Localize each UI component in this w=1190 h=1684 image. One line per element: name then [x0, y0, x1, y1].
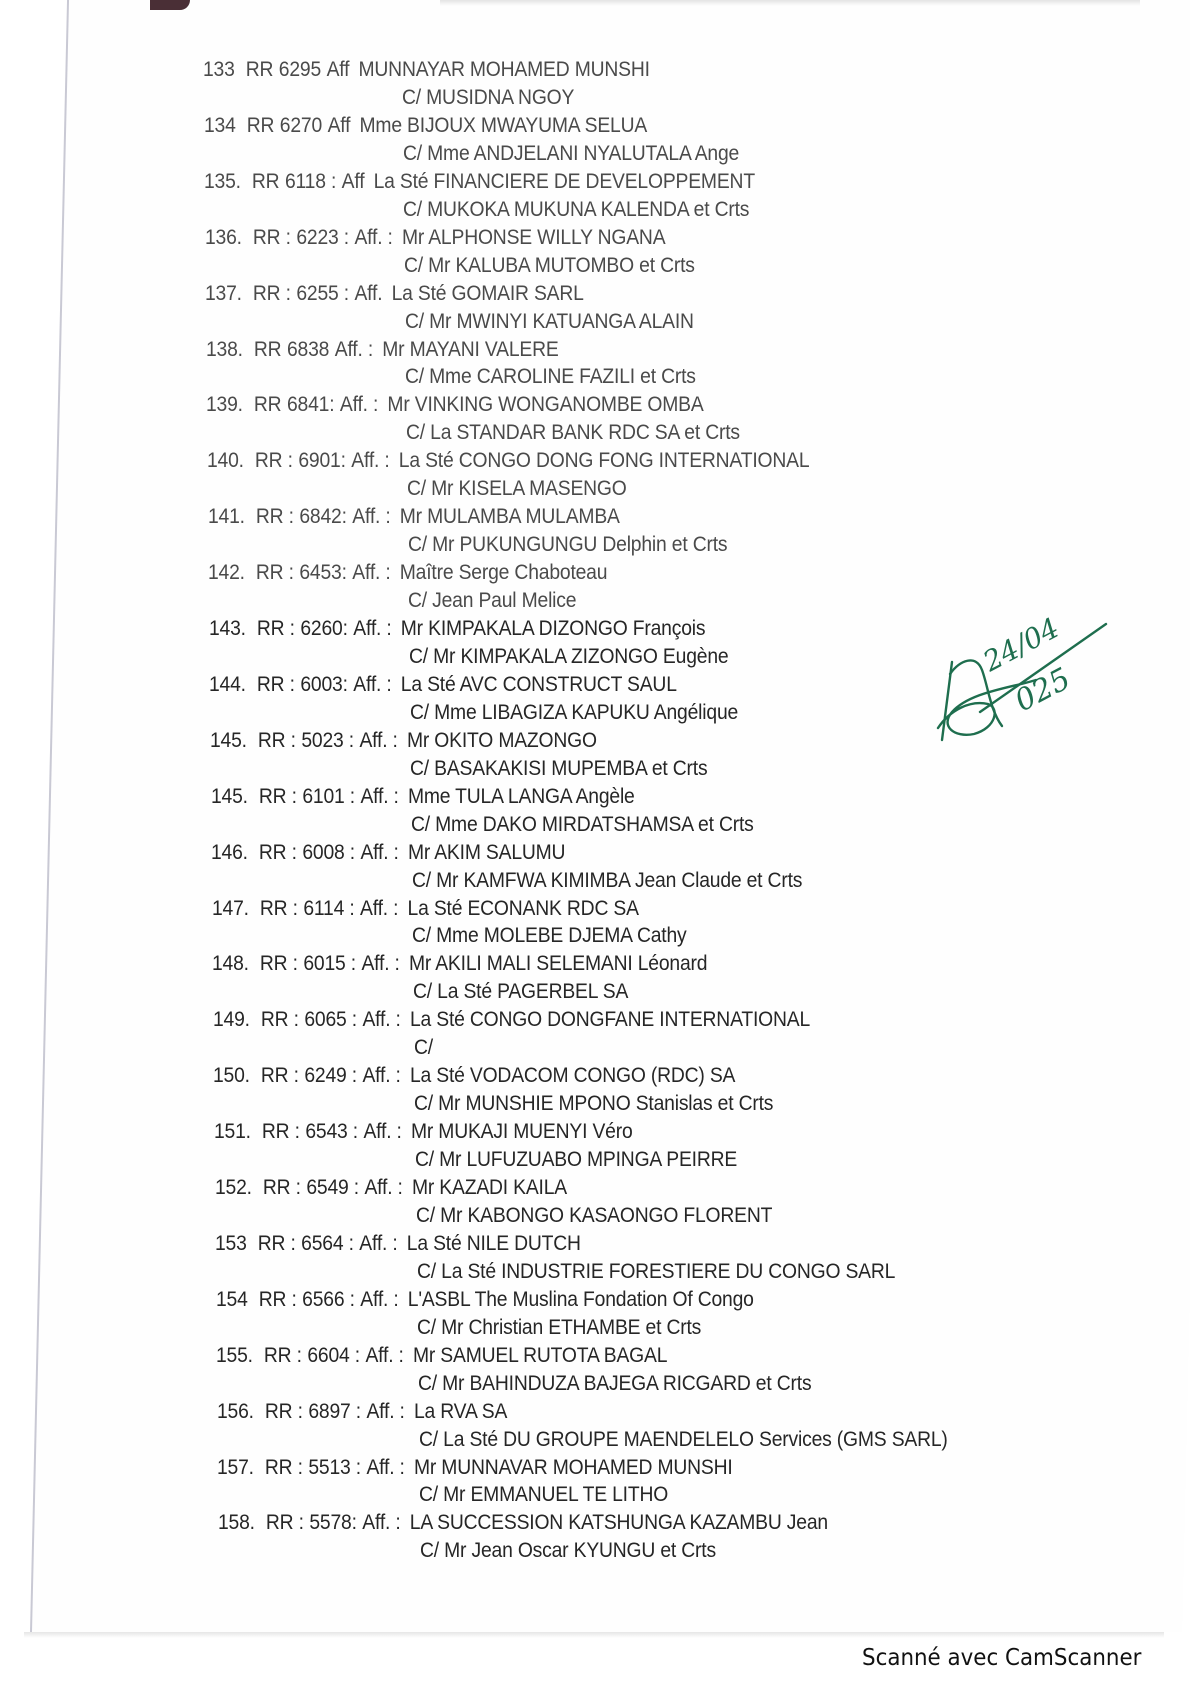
- case-entry-line: 134RR6270AffMme BIJOUX MWAYUMA SELUA: [204, 114, 647, 138]
- affaire-label: Aff.: [355, 282, 383, 306]
- affaire-label: Aff. :: [366, 1344, 404, 1368]
- case-number: 145.: [210, 729, 247, 753]
- scanned-page: 133RR6295AffMUNNAYAR MOHAMED MUNSHIC/ MU…: [0, 0, 1190, 1684]
- case-list: 133RR6295AffMUNNAYAR MOHAMED MUNSHIC/ MU…: [0, 0, 1190, 1600]
- case-number: 142.: [208, 561, 245, 585]
- register-ref: 6255 :: [297, 282, 350, 306]
- register-code: RR :: [257, 617, 295, 641]
- register-ref: 6564 :: [301, 1232, 354, 1256]
- affaire-label: Aff. :: [362, 1008, 400, 1032]
- register-code: RR :: [259, 841, 297, 865]
- defendant-name: C/ Mr KABONGO KASAONGO FLORENT: [416, 1204, 772, 1228]
- case-number: 135.: [204, 170, 241, 194]
- case-entry-line: 149.RR :6065 :Aff. :La Sté CONGO DONGFAN…: [213, 1008, 810, 1032]
- case-number: 152.: [215, 1176, 252, 1200]
- affaire-label: Aff. :: [352, 561, 390, 585]
- defendant-name: C/ Mr KISELA MASENGO: [407, 477, 627, 501]
- register-ref: 6223 :: [296, 226, 349, 250]
- register-code: RR :: [256, 561, 294, 585]
- case-number: 141.: [208, 505, 245, 529]
- register-code: RR: [254, 338, 282, 362]
- case-entry-line: 147.RR :6114 :Aff. :La Sté ECONANK RDC S…: [212, 897, 639, 921]
- defendant-name: C/ La Sté PAGERBEL SA: [413, 980, 628, 1004]
- case-entry-line: 141.RR :6842:Aff. :Mr MULAMBA MULAMBA: [208, 505, 620, 529]
- plaintiff-name: La Sté ECONANK RDC SA: [407, 897, 638, 921]
- register-ref: 6003:: [301, 673, 348, 697]
- register-ref: 6249 :: [305, 1064, 358, 1088]
- register-code: RR :: [255, 449, 293, 473]
- affaire-label: Aff. :: [340, 393, 378, 417]
- case-entry-line: 138.RR6838Aff. :Mr MAYANI VALERE: [206, 338, 559, 362]
- plaintiff-name: La Sté NILE DUTCH: [407, 1232, 581, 1256]
- case-entry-line: 142.RR :6453:Aff. :Maître Serge Chabotea…: [208, 561, 607, 585]
- register-code: RR :: [265, 1400, 303, 1424]
- case-entry-line: 153RR :6564 :Aff. :La Sté NILE DUTCH: [215, 1232, 581, 1256]
- register-code: RR :: [258, 1288, 296, 1312]
- case-entry-line: 143.RR :6260:Aff. :Mr KIMPAKALA DIZONGO …: [209, 617, 705, 641]
- plaintiff-name: Mr OKITO MAZONGO: [407, 729, 597, 753]
- register-ref: 6549 :: [306, 1176, 359, 1200]
- plaintiff-name: Mr MAYANI VALERE: [382, 338, 558, 362]
- register-ref: 6604 :: [308, 1344, 361, 1368]
- case-entry-line: 135.RR6118 :AffLa Sté FINANCIERE DE DEVE…: [204, 170, 755, 194]
- case-number: 133: [203, 58, 235, 82]
- affaire-label: Aff. :: [362, 1511, 400, 1535]
- register-code: RR :: [253, 226, 291, 250]
- register-code: RR :: [258, 785, 296, 809]
- case-number: 148.: [212, 952, 249, 976]
- plaintiff-name: La Sté GOMAIR SARL: [392, 282, 584, 306]
- affaire-label: Aff. :: [352, 505, 390, 529]
- case-number: 134: [204, 114, 236, 138]
- plaintiff-name: Mr KAZADI KAILA: [411, 1176, 566, 1200]
- case-entry-line: 133RR6295AffMUNNAYAR MOHAMED MUNSHI: [203, 58, 650, 82]
- case-number: 155.: [216, 1344, 253, 1368]
- register-code: RR: [246, 58, 274, 82]
- svg-text:025: 025: [1009, 661, 1076, 719]
- case-number: 147.: [212, 897, 249, 921]
- defendant-name: C/ Mr PUKUNGUNGU Delphin et Crts: [408, 533, 727, 557]
- case-number: 154: [216, 1288, 248, 1312]
- plaintiff-name: Mr SAMUEL RUTOTA BAGAL: [413, 1344, 667, 1368]
- register-ref: 6260:: [300, 617, 347, 641]
- case-entry-line: 145.RR :6101 :Aff. :Mme TULA LANGA Angèl…: [211, 785, 635, 809]
- plaintiff-name: Mme BIJOUX MWAYUMA SELUA: [359, 114, 647, 138]
- affaire-label: Aff. :: [361, 841, 399, 865]
- plaintiff-name: Mr AKIM SALUMU: [408, 841, 565, 865]
- plaintiff-name: Mme TULA LANGA Angèle: [407, 785, 634, 809]
- defendant-name: C/ La STANDAR BANK RDC SA et Crts: [406, 421, 740, 445]
- defendant-name: C/ Mr KALUBA MUTOMBO et Crts: [404, 254, 695, 278]
- defendant-name: C/ Jean Paul Melice: [408, 589, 576, 613]
- register-code: RR :: [266, 1511, 304, 1535]
- case-number: 145.: [211, 785, 248, 809]
- defendant-name: C/ Mr Christian ETHAMBE et Crts: [417, 1316, 701, 1340]
- case-number: 136.: [205, 226, 242, 250]
- case-entry-line: 144.RR :6003:Aff. :La Sté AVC CONSTRUCT …: [209, 673, 677, 697]
- register-code: RR :: [262, 1120, 300, 1144]
- register-code: RR :: [262, 1176, 300, 1200]
- plaintiff-name: Mr MUNNAVAR MOHAMED MUNSHI: [414, 1456, 733, 1480]
- register-ref: 5023 :: [301, 729, 354, 753]
- register-ref: 6295: [279, 58, 321, 82]
- defendant-name: C/ MUKOKA MUKUNA KALENDA et Crts: [403, 198, 749, 222]
- case-entry-line: 145.RR :5023 :Aff. :Mr OKITO MAZONGO: [210, 729, 597, 753]
- case-entry-line: 150.RR :6249 :Aff. :La Sté VODACOM CONGO…: [213, 1064, 735, 1088]
- register-ref: 6897 :: [308, 1400, 361, 1424]
- plaintiff-name: La RVA SA: [414, 1400, 507, 1424]
- register-ref: 6114 :: [303, 897, 354, 921]
- register-ref: 5578:: [309, 1511, 356, 1535]
- case-entry-line: 146.RR :6008 :Aff. :Mr AKIM SALUMU: [211, 841, 565, 865]
- defendant-name: C/ La Sté INDUSTRIE FORESTIERE DU CONGO …: [417, 1260, 895, 1284]
- case-number: 146.: [211, 841, 248, 865]
- case-entry-line: 155.RR :6604 :Aff. :Mr SAMUEL RUTOTA BAG…: [216, 1344, 667, 1368]
- case-number: 158.: [218, 1511, 255, 1535]
- defendant-name: C/ Mr MUNSHIE MPONO Stanislas et Crts: [414, 1092, 773, 1116]
- defendant-name: C/ Mr KIMPAKALA ZIZONGO Eugène: [409, 645, 728, 669]
- case-number: 139.: [206, 393, 243, 417]
- register-ref: 6543 :: [305, 1120, 358, 1144]
- handwritten-signature-icon: 24/04 025: [930, 600, 1110, 750]
- defendant-name: C/ Mme DAKO MIRDATSHAMSA et Crts: [411, 813, 754, 837]
- case-entry-line: 154RR :6566 :Aff. :L'ASBL The Muslina Fo…: [216, 1288, 754, 1312]
- plaintiff-name: MUNNAYAR MOHAMED MUNSHI: [358, 58, 649, 82]
- register-ref: 6118 :: [285, 170, 336, 194]
- case-entry-line: 148.RR :6015 :Aff. :Mr AKILI MALI SELEMA…: [212, 952, 707, 976]
- case-number: 150.: [213, 1064, 250, 1088]
- case-entry-line: 140.RR :6901:Aff. :La Sté CONGO DONG FON…: [207, 449, 809, 473]
- affaire-label: Aff. :: [359, 729, 397, 753]
- case-number: 156.: [217, 1400, 254, 1424]
- register-code: RR :: [253, 282, 291, 306]
- register-code: RR :: [257, 673, 295, 697]
- case-number: 140.: [207, 449, 244, 473]
- affaire-label: Aff. :: [360, 1288, 398, 1312]
- defendant-name: C/: [414, 1036, 433, 1060]
- case-number: 149.: [213, 1008, 250, 1032]
- case-entry-line: 151.RR :6543 :Aff. :Mr MUKAJI MUENYI Vér…: [214, 1120, 633, 1144]
- register-code: RR :: [258, 1232, 296, 1256]
- affaire-label: Aff. :: [367, 1456, 405, 1480]
- plaintiff-name: Mr VINKING WONGANOMBE OMBA: [388, 393, 704, 417]
- affaire-label: Aff. :: [359, 1232, 397, 1256]
- case-number: 137.: [205, 282, 242, 306]
- register-ref: 6015 :: [304, 952, 357, 976]
- affaire-label: Aff. :: [354, 226, 392, 250]
- register-code: RR: [254, 393, 282, 417]
- register-ref: 6101 :: [302, 785, 355, 809]
- register-ref: 6901:: [298, 449, 345, 473]
- affaire-label: Aff. :: [360, 897, 398, 921]
- plaintiff-name: L'ASBL The Muslina Fondation Of Congo: [407, 1288, 753, 1312]
- register-code: RR :: [260, 952, 298, 976]
- defendant-name: C/ Mme CAROLINE FAZILI et Crts: [405, 365, 696, 389]
- affaire-label: Aff. :: [366, 1400, 404, 1424]
- register-code: RR: [246, 114, 274, 138]
- plaintiff-name: Mr ALPHONSE WILLY NGANA: [402, 226, 665, 250]
- defendant-name: C/ La Sté DU GROUPE MAENDELELO Services …: [419, 1428, 948, 1452]
- register-ref: 6842:: [299, 505, 346, 529]
- plaintiff-name: Mr MULAMBA MULAMBA: [399, 505, 619, 529]
- register-ref: 6270: [279, 114, 321, 138]
- plaintiff-name: La Sté FINANCIERE DE DEVELOPPEMENT: [374, 170, 755, 194]
- plaintiff-name: Mr KIMPAKALA DIZONGO François: [401, 617, 706, 641]
- register-code: RR :: [265, 1456, 303, 1480]
- plaintiff-name: LA SUCCESSION KATSHUNGA KAZAMBU Jean: [410, 1511, 828, 1535]
- register-code: RR :: [264, 1344, 302, 1368]
- register-code: RR :: [256, 505, 294, 529]
- register-ref: 5513 :: [309, 1456, 362, 1480]
- defendant-name: C/ Mr KAMFWA KIMIMBA Jean Claude et Crts: [412, 869, 802, 893]
- register-code: RR: [252, 170, 280, 194]
- register-ref: 6566 :: [302, 1288, 355, 1312]
- affaire-label: Aff. :: [353, 617, 391, 641]
- plaintiff-name: La Sté VODACOM CONGO (RDC) SA: [410, 1064, 735, 1088]
- scanner-watermark: Scanné avec CamScanner: [862, 1645, 1141, 1671]
- defendant-name: C/ BASAKAKISI MUPEMBA et Crts: [410, 757, 707, 781]
- case-number: 157.: [217, 1456, 254, 1480]
- affaire-label: Aff: [327, 114, 350, 138]
- register-code: RR :: [261, 1008, 299, 1032]
- case-number: 153: [215, 1232, 247, 1256]
- affaire-label: Aff. :: [363, 1064, 401, 1088]
- case-entry-line: 139.RR6841:Aff. :Mr VINKING WONGANOMBE O…: [206, 393, 704, 417]
- affaire-label: Aff: [327, 58, 350, 82]
- paper-bottom-edge: [24, 1632, 1164, 1638]
- defendant-name: C/ Mme ANDJELANI NYALUTALA Ange: [403, 142, 739, 166]
- case-entry-line: 136.RR :6223 :Aff. :Mr ALPHONSE WILLY NG…: [205, 226, 665, 250]
- case-number: 143.: [209, 617, 246, 641]
- register-code: RR :: [258, 729, 296, 753]
- register-ref: 6453:: [300, 561, 347, 585]
- plaintiff-name: La Sté AVC CONSTRUCT SAUL: [401, 673, 677, 697]
- defendant-name: C/ Mr Jean Oscar KYUNGU et Crts: [420, 1539, 716, 1563]
- affaire-label: Aff. :: [362, 952, 400, 976]
- defendant-name: C/ Mr EMMANUEL TE LITHO: [419, 1483, 668, 1507]
- plaintiff-name: Mr MUKAJI MUENYI Véro: [411, 1120, 633, 1144]
- register-ref: 6838: [287, 338, 329, 362]
- defendant-name: C/ Mr LUFUZUABO MPINGA PEIRRE: [415, 1148, 737, 1172]
- defendant-name: C/ MUSIDNA NGOY: [402, 86, 574, 110]
- register-code: RR :: [260, 897, 298, 921]
- affaire-label: Aff. :: [354, 673, 392, 697]
- case-number: 151.: [214, 1120, 251, 1144]
- register-ref: 6065 :: [304, 1008, 357, 1032]
- plaintiff-name: La Sté CONGO DONG FONG INTERNATIONAL: [399, 449, 810, 473]
- affaire-label: Aff. :: [335, 338, 373, 362]
- defendant-name: C/ Mme LIBAGIZA KAPUKU Angélique: [410, 701, 738, 725]
- case-entry-line: 156.RR :6897 :Aff. :La RVA SA: [217, 1400, 507, 1424]
- defendant-name: C/ Mr BAHINDUZA BAJEGA RICGARD et Crts: [418, 1372, 811, 1396]
- defendant-name: C/ Mme MOLEBE DJEMA Cathy: [412, 924, 687, 948]
- defendant-name: C/ Mr MWINYI KATUANGA ALAIN: [405, 310, 694, 334]
- affaire-label: Aff. :: [360, 785, 398, 809]
- case-number: 138.: [206, 338, 243, 362]
- case-entry-line: 152.RR :6549 :Aff. :Mr KAZADI KAILA: [215, 1176, 567, 1200]
- case-number: 144.: [209, 673, 246, 697]
- register-code: RR :: [261, 1064, 299, 1088]
- case-entry-line: 157.RR :5513 :Aff. :Mr MUNNAVAR MOHAMED …: [217, 1456, 733, 1480]
- plaintiff-name: La Sté CONGO DONGFANE INTERNATIONAL: [410, 1008, 810, 1032]
- case-entry-line: 158.RR :5578:Aff. :LA SUCCESSION KATSHUN…: [218, 1511, 828, 1535]
- plaintiff-name: Maître Serge Chaboteau: [400, 561, 608, 585]
- case-entry-line: 137.RR :6255 :Aff.La Sté GOMAIR SARL: [205, 282, 584, 306]
- register-ref: 6008 :: [302, 841, 355, 865]
- plaintiff-name: Mr AKILI MALI SELEMANI Léonard: [409, 952, 707, 976]
- register-ref: 6841:: [287, 393, 334, 417]
- affaire-label: Aff. :: [364, 1176, 402, 1200]
- affaire-label: Aff. :: [363, 1120, 401, 1144]
- affaire-label: Aff: [342, 170, 365, 194]
- affaire-label: Aff. :: [351, 449, 389, 473]
